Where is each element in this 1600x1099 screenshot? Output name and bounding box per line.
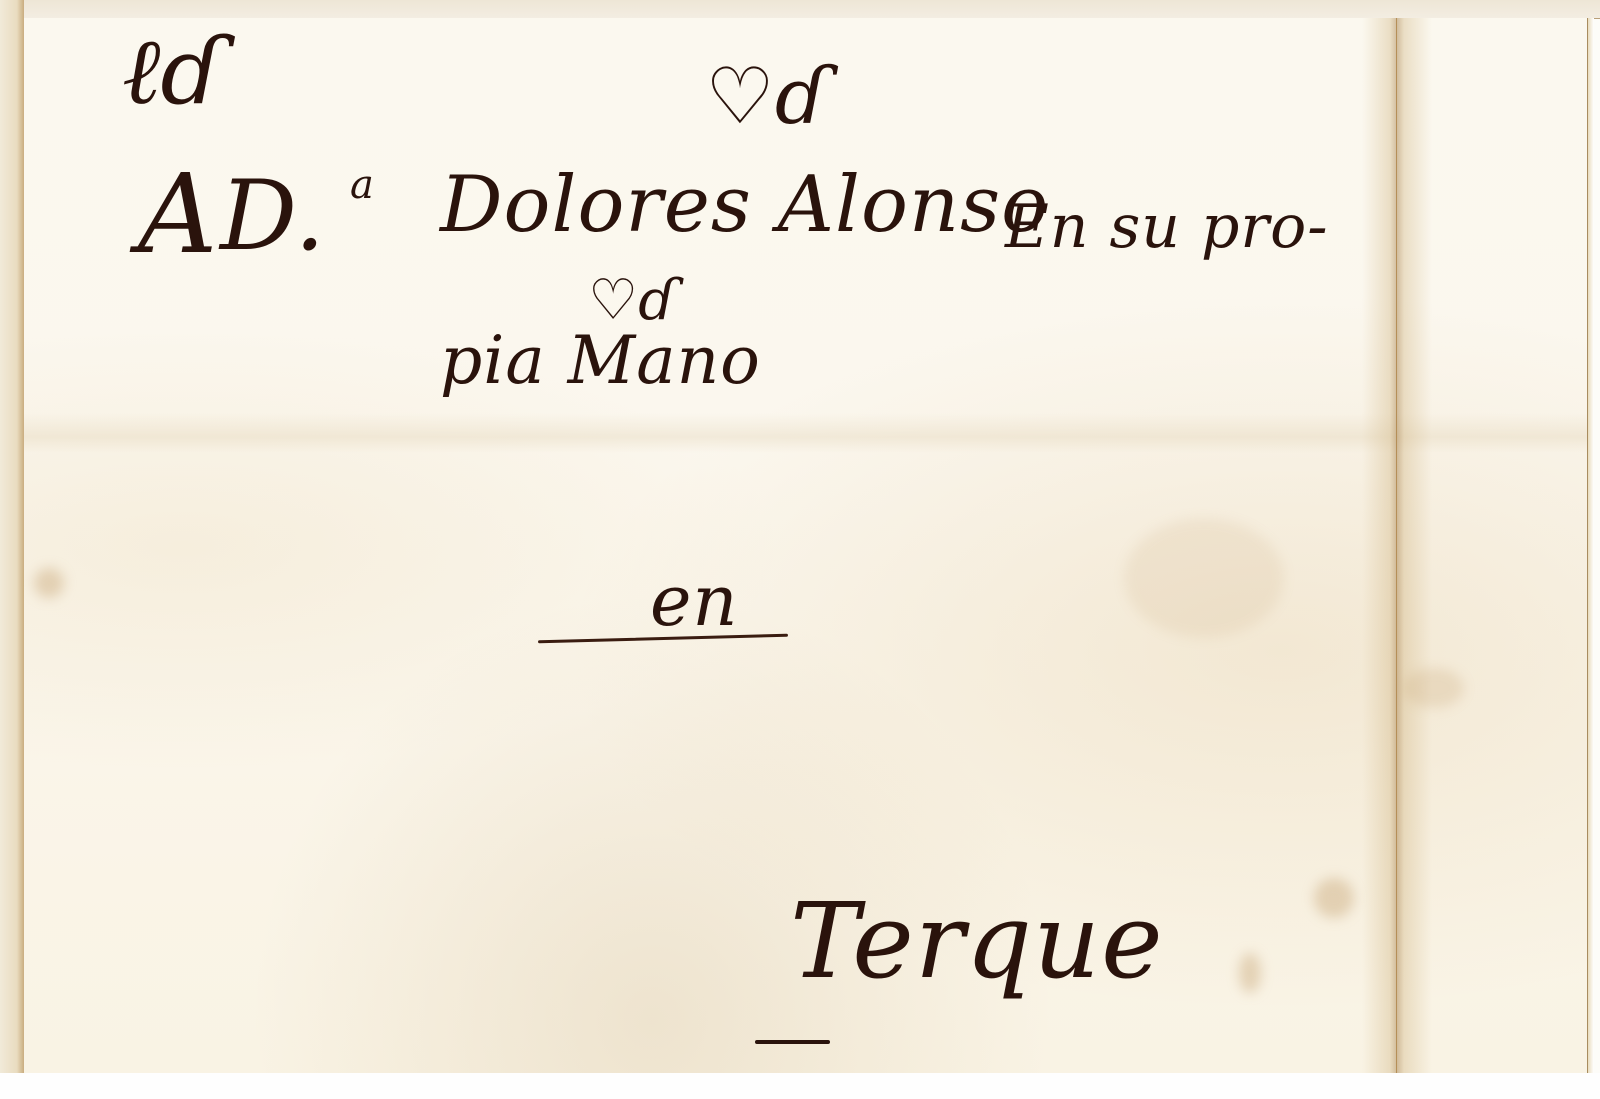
address-continuation: En su pro- xyxy=(1005,192,1329,262)
foxing-stain xyxy=(1239,953,1261,993)
paper-top-edge xyxy=(0,0,1600,19)
address-salutation: A xyxy=(138,150,218,278)
vertical-fold xyxy=(1362,18,1432,1073)
foxing-stain xyxy=(1124,518,1284,638)
address-title: D. xyxy=(220,160,326,272)
horizontal-fold xyxy=(24,413,1594,453)
paper-bottom-edge xyxy=(0,1073,1600,1099)
calligraphic-flourish-icon: ℓɗ xyxy=(122,18,223,125)
address-title-superscript: a xyxy=(350,162,375,208)
foxing-stain xyxy=(34,568,64,598)
foxing-stain xyxy=(1314,878,1354,918)
paper-left-edge xyxy=(0,0,24,1073)
heart-flourish-icon: ♡ɗ xyxy=(705,52,828,142)
foxing-stain xyxy=(1404,668,1464,708)
recipient-name: Dolores Alonso xyxy=(440,160,1049,250)
destination-place: Terque xyxy=(790,880,1164,1002)
pen-stroke xyxy=(755,1040,830,1044)
address-line-2: pia Mano xyxy=(440,322,761,399)
address-preposition: en xyxy=(650,560,739,642)
